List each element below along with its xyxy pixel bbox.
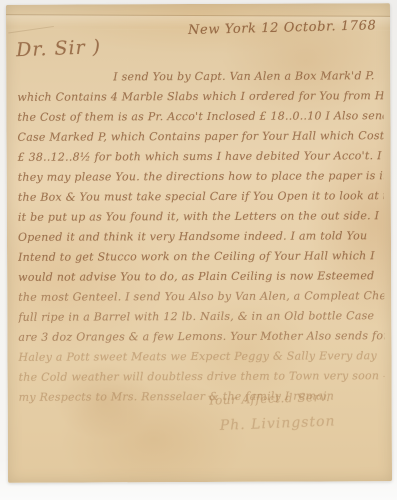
- letter-line: would not advise You to do, as Plain Cei…: [18, 266, 384, 288]
- photo-background: New York 12 Octobr. 1768 Dr. Sir ) I sen…: [0, 0, 397, 500]
- letter-body: I send You by Capt. Van Alen a Box Mark'…: [17, 66, 384, 408]
- letter-line: they may please You. the directions how …: [18, 166, 384, 188]
- letter-paper: New York 12 Octobr. 1768 Dr. Sir ) I sen…: [6, 3, 392, 483]
- letter-line: £ 38..12..8½ for both which sums I have …: [18, 146, 384, 168]
- letter-line: Case Marked P, which Contains paper for …: [17, 126, 383, 148]
- letter-line: the Box & You must take special Care if …: [18, 186, 384, 208]
- letter-line: which Contains 4 Marble Slabs which I or…: [17, 86, 383, 108]
- letter-line: full ripe in a Barrel with 12 lb. Nails,…: [18, 306, 384, 328]
- letter-line: the Cold weather will doubtless drive th…: [19, 366, 385, 388]
- letter-line: are 3 doz Oranges & a few Lemons. Your M…: [18, 326, 384, 348]
- letter-line: Intend to get Stucco work on the Ceiling…: [18, 246, 384, 268]
- letter-line: the Cost of them is as Pr. Acco't Inclos…: [17, 106, 383, 128]
- letter-line: Opened it and think it very Handsome ind…: [18, 226, 384, 248]
- letter-salutation: Dr. Sir ): [16, 36, 102, 61]
- letter-signature: Ph. Livingston: [220, 413, 336, 434]
- letter-line: the most Genteel. I send You Also by Van…: [18, 286, 384, 308]
- letter-line: I send You by Capt. Van Alen a Box Mark'…: [17, 66, 383, 88]
- letter-line: Haley a Pott sweet Meats we Expect Peggy…: [18, 346, 384, 368]
- letter-line: it be put up as You found it, with the L…: [18, 206, 384, 228]
